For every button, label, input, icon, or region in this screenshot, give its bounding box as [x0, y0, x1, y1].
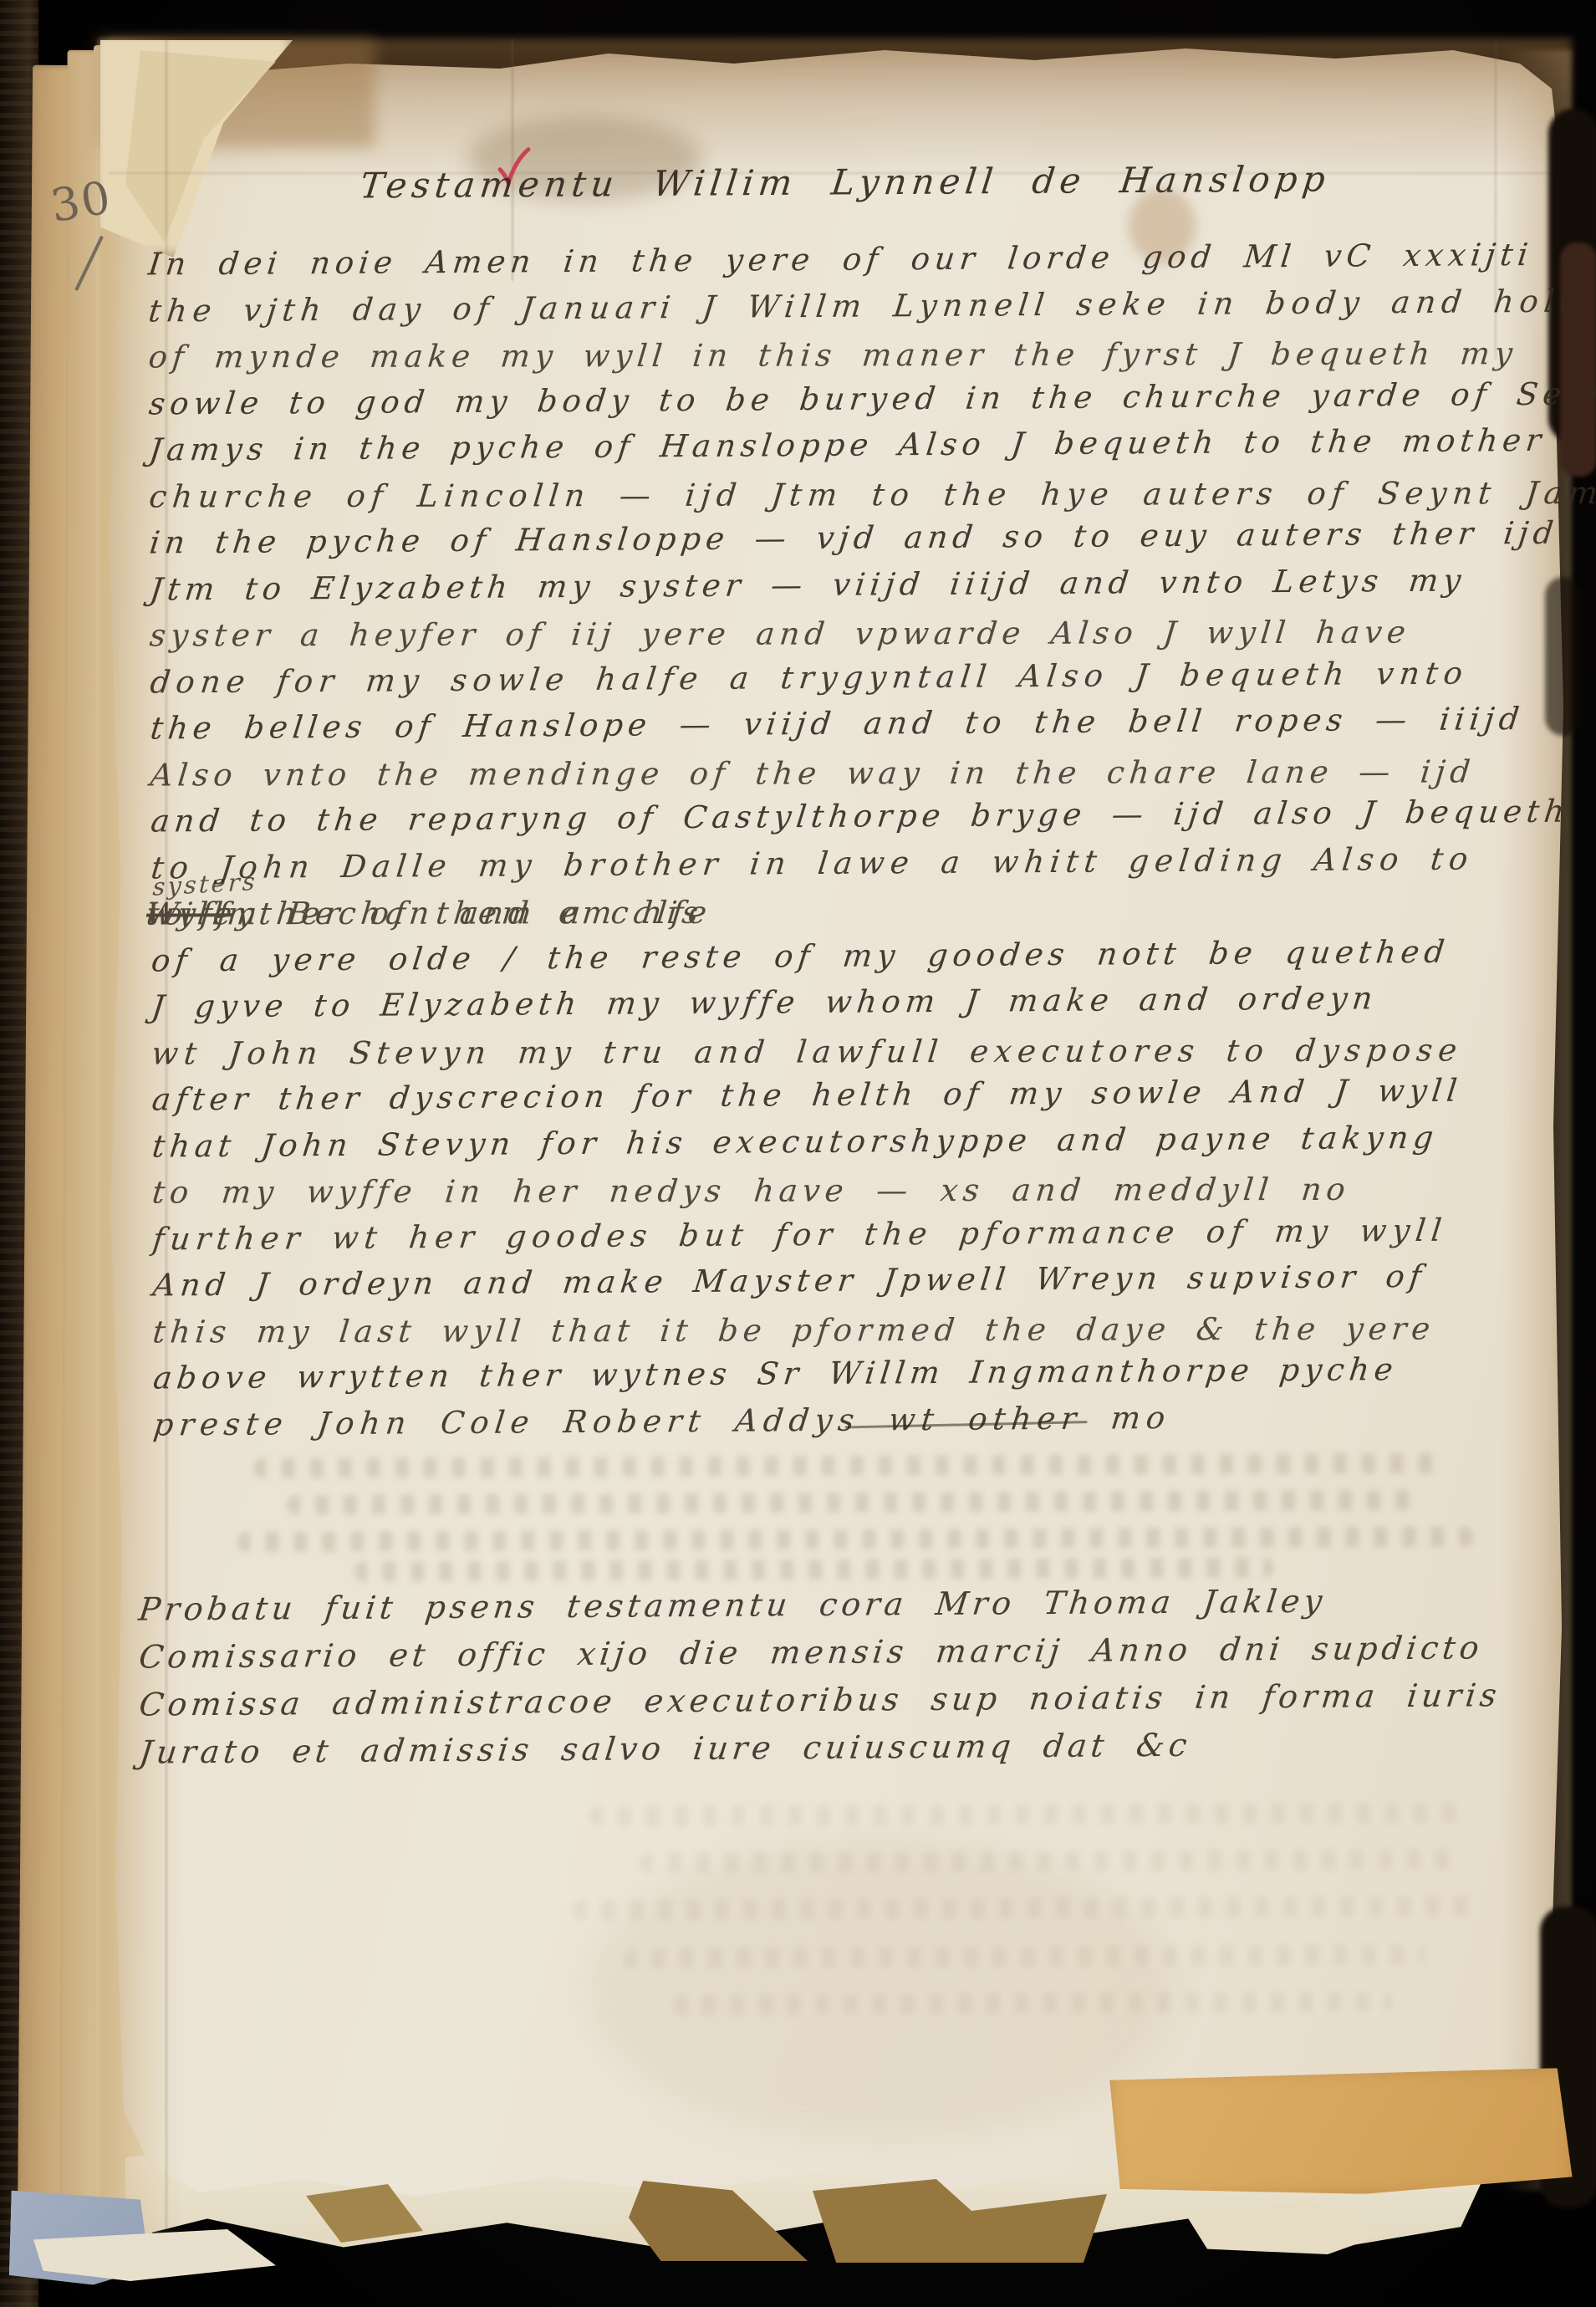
bleed-through-line	[573, 1896, 1476, 1921]
probate-line: Comissa administracoe executoribus sup n…	[137, 1677, 1502, 1723]
document-title: Testamentu Willim Lynnell de Hanslopp	[358, 158, 1332, 206]
manuscript-line: to John Dalle my brother in lawe a whitt…	[149, 837, 1476, 890]
manuscript-line: syster a heyfer of iij yere and vpwarde …	[148, 611, 1413, 658]
repair-patch	[1109, 2068, 1573, 2197]
manuscript-line: of mynde make my wyll in this maner the …	[146, 332, 1519, 379]
bleed-through-line	[640, 1850, 1459, 1873]
manuscript-line: of a yere olde / the reste of my goodes …	[149, 931, 1451, 983]
bleed-through-line	[589, 1803, 1467, 1827]
manuscript-line: wt John Stevyn my tru and lawfull execut…	[150, 1028, 1465, 1075]
amended-post-text: to eyther of them a calfe	[145, 891, 714, 937]
manuscript-line: after ther dyscrecion for the helth of m…	[150, 1069, 1464, 1122]
bleed-through-line	[253, 1453, 1440, 1478]
manuscript-line: this my last wyll that it be pformed the…	[150, 1308, 1437, 1355]
bleed-through-line	[354, 1558, 1273, 1582]
manuscript-line: the belles of Hanslope — viijd and to th…	[148, 697, 1527, 750]
manuscript-line: further wt her goodes but for the pforma…	[150, 1209, 1450, 1262]
bleed-through-line	[623, 1945, 1425, 1968]
manuscript-line: In dei noie Amen in the yere of our lord…	[146, 233, 1536, 287]
folio-number: 30	[47, 171, 115, 232]
probate-line: Comissario et offic xijo die mensis marc…	[137, 1629, 1485, 1675]
manuscript-line: done for my sowle halfe a trygyntall Als…	[148, 652, 1471, 705]
manuscript-line: above wrytten ther wytnes Sr Willm Ingma…	[150, 1348, 1400, 1400]
page-number-slash	[74, 236, 104, 292]
manuscript-photograph: 30 Testamentu Willim Lynnell de Hanslopp…	[0, 0, 1596, 2307]
manuscript-line: churche of Lincolln — ijd Jtm to the hye…	[147, 472, 1596, 519]
handwritten-text-layer: 30 Testamentu Willim Lynnell de Hanslopp…	[0, 0, 1596, 2307]
manuscript-line: J gyve to Elyzabeth my wyffe whom J make…	[150, 977, 1380, 1028]
manuscript-line: and to the reparyng of Castylthorpe bryg…	[149, 790, 1572, 844]
manuscript-line: Jamys in the pyche of Hansloppe Also J b…	[147, 419, 1548, 472]
probate-line: Jurato et admissis salvo iure cuiuscumq …	[137, 1727, 1193, 1771]
probate-line: Probatu fuit psens testamentu cora Mro T…	[137, 1583, 1328, 1628]
manuscript-line: sowle to god my body to be buryed in the…	[146, 372, 1596, 426]
bleed-through-line	[287, 1490, 1424, 1515]
manuscript-line: And J ordeyn and make Mayster Jpwell Wre…	[150, 1255, 1429, 1308]
manuscript-line: in the pyche of Hansloppe — vjd and so t…	[147, 512, 1560, 565]
manuscript-line: the vjth day of Januari J Willm Lynnell …	[146, 280, 1587, 334]
bleed-through-line	[237, 1527, 1474, 1552]
manuscript-line: Jtm to Elyzabeth my syster — viijd iiijd…	[147, 559, 1468, 612]
manuscript-line: to my wyffe in her nedys have — xs and m…	[150, 1168, 1353, 1215]
bleed-through-line	[674, 1992, 1393, 2015]
manuscript-line: that John Stevyn for his executorshyppe …	[150, 1116, 1440, 1169]
manuscript-line: Also vnto the mendinge of the way in the…	[148, 750, 1476, 797]
